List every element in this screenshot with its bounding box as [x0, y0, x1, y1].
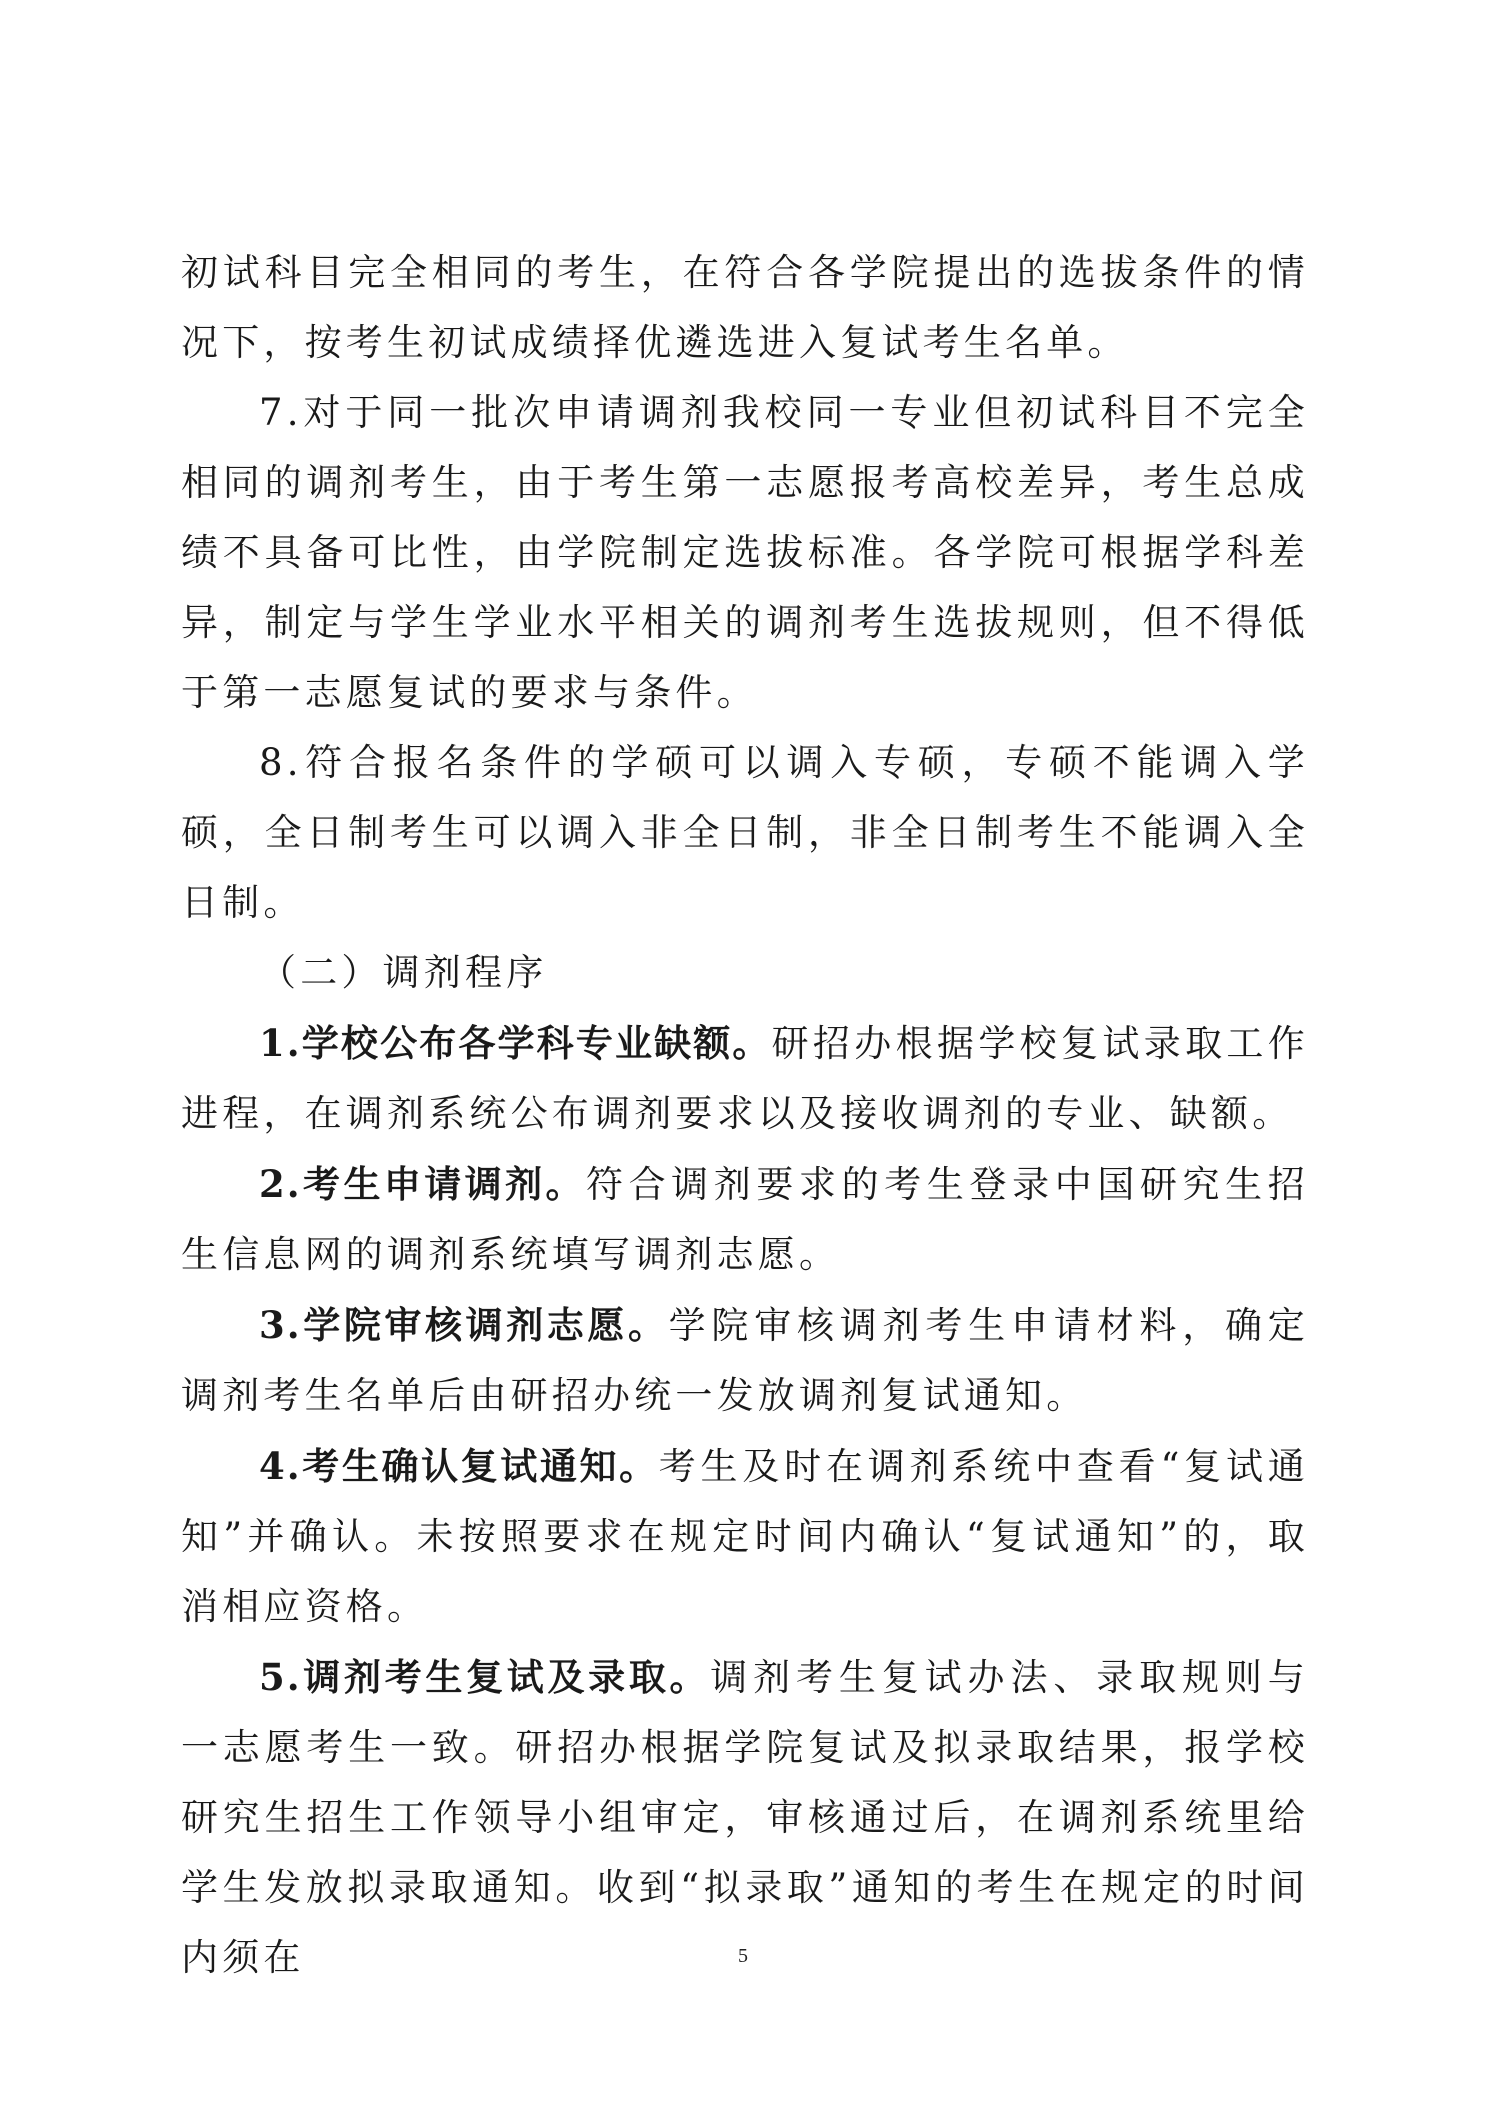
procedure-step-1: 1.学校公布各学科专业缺额。研招办根据学校复试录取工作进程，在调剂系统公布调剂要… — [181, 1008, 1309, 1149]
procedure-step-4: 4.考生确认复试通知。考生及时在调剂系统中查看“复试通知”并确认。未按照要求在规… — [181, 1431, 1309, 1642]
document-body: 初试科目完全相同的考生，在符合各学院提出的选拔条件的情况下，按考生初试成绩择优遴… — [181, 238, 1309, 1993]
step-lead: 2.考生申请调剂。 — [259, 1162, 586, 1206]
step-lead: 1.学校公布各学科专业缺额。 — [259, 1021, 772, 1065]
procedure-step-5: 5.调剂考生复试及录取。调剂考生复试办法、录取规则与一志愿考生一致。研招办根据学… — [181, 1642, 1309, 1993]
step-lead: 4.考生确认复试通知。 — [259, 1444, 659, 1488]
procedure-step-3: 3.学院审核调剂志愿。学院审核调剂考生申请材料，确定调剂考生名单后由研招办统一发… — [181, 1290, 1309, 1431]
procedure-step-2: 2.考生申请调剂。符合调剂要求的考生登录中国研究生招生信息网的调剂系统填写调剂志… — [181, 1149, 1309, 1290]
section-heading-text: （二）调剂程序 — [259, 951, 547, 994]
paragraph-text: 7.对于同一批次申请调剂我校同一专业但初试科目不完全相同的调剂考生，由于考生第一… — [181, 391, 1309, 714]
step-lead: 5.调剂考生复试及录取。 — [259, 1655, 710, 1699]
paragraph-text: 8.符合报名条件的学硕可以调入专硕，专硕不能调入学硕，全日制考生可以调入非全日制… — [181, 741, 1309, 924]
paragraph-continuation: 初试科目完全相同的考生，在符合各学院提出的选拔条件的情况下，按考生初试成绩择优遴… — [181, 238, 1309, 378]
step-text: 调剂考生复试办法、录取规则与一志愿考生一致。研招办根据学院复试及拟录取结果，报学… — [181, 1656, 1309, 1979]
paragraph-item-8: 8.符合报名条件的学硕可以调入专硕，专硕不能调入学硕，全日制考生可以调入非全日制… — [181, 728, 1309, 938]
page-number: 5 — [0, 1945, 1486, 1968]
section-heading-adjustment-procedure: （二）调剂程序 — [181, 938, 1309, 1008]
paragraph-text: 初试科目完全相同的考生，在符合各学院提出的选拔条件的情况下，按考生初试成绩择优遴… — [181, 251, 1309, 364]
step-lead: 3.学院审核调剂志愿。 — [259, 1303, 669, 1347]
paragraph-item-7: 7.对于同一批次申请调剂我校同一专业但初试科目不完全相同的调剂考生，由于考生第一… — [181, 378, 1309, 728]
